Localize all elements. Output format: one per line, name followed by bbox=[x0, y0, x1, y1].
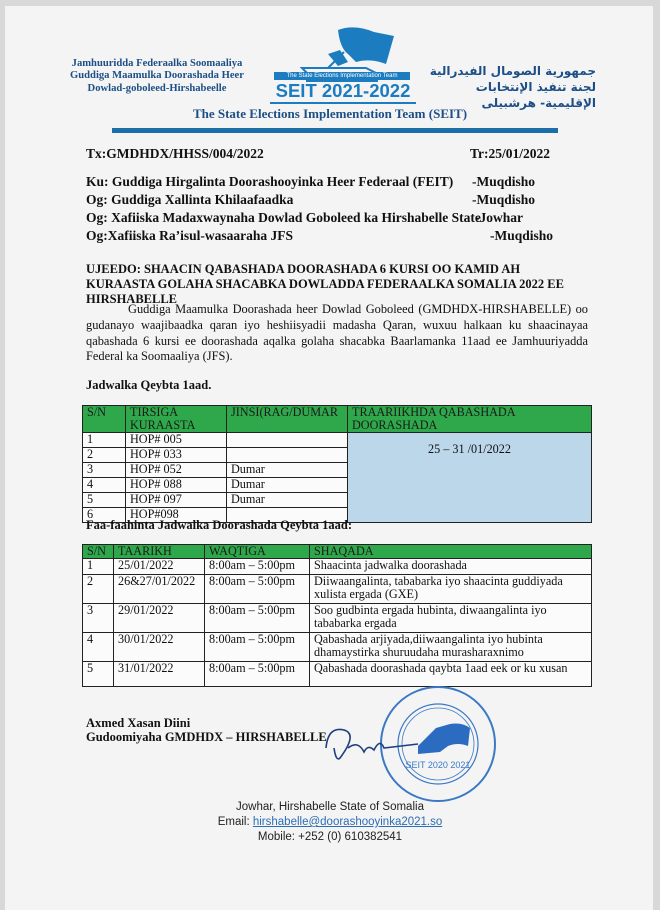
seats-table: S/N TIRSIGA KURAASTA JINSI(RAG/DUMAR TRA… bbox=[82, 405, 592, 523]
footer-email-link[interactable]: hirshabelle@doorashooyinka2021.so bbox=[253, 816, 442, 828]
cell-gender bbox=[227, 448, 348, 463]
reference-number: Tx:GMDHDX/HHSS/004/2022 bbox=[86, 146, 264, 162]
letterhead-line: جمهورية الصومال الفيدرالية bbox=[418, 63, 596, 79]
cell-date: 25/01/2022 bbox=[114, 559, 205, 575]
column-header: WAQTIGA bbox=[205, 545, 310, 559]
table-row: 5 31/01/2022 8:00am – 5:00pm Qabashada d… bbox=[83, 662, 592, 687]
body-paragraph: Guddiga Maamulka Doorashada heer Dowlad … bbox=[86, 302, 588, 365]
cell-time: 8:00am – 5:00pm bbox=[205, 633, 310, 662]
cell-task: Shaacinta jadwalka doorashada bbox=[310, 559, 592, 575]
schedule-table: S/N TAARIKH WAQTIGA SHAQADA 1 25/01/2022… bbox=[82, 544, 592, 687]
table-row: 4 30/01/2022 8:00am – 5:00pm Qabashada a… bbox=[83, 633, 592, 662]
addressee-city: -Muqdisho bbox=[472, 192, 535, 208]
cell-sn: 2 bbox=[83, 575, 114, 604]
addressee: Og: Guddiga Xallinta Khilaafaadka bbox=[86, 192, 293, 208]
cell-sn: 3 bbox=[83, 604, 114, 633]
addressee-city: -Jowhar bbox=[475, 210, 523, 226]
column-header: JINSI(RAG/DUMAR bbox=[227, 406, 348, 433]
addressee-city: -Muqdisho bbox=[490, 228, 553, 244]
addressee: Ku: Guddiga Hirgalinta Doorashooyinka He… bbox=[86, 174, 453, 190]
cell-gender: Dumar bbox=[227, 478, 348, 493]
addressee: Og:Xafiiska Ra’isul-wasaaraha JFS bbox=[86, 228, 293, 244]
cell-sn: 1 bbox=[83, 433, 126, 448]
letterhead-line: Dowlad-goboleed-Hirshabeelle bbox=[66, 83, 248, 95]
table-row: 1 HOP# 005 25 – 31 /01/2022 bbox=[83, 433, 592, 448]
cell-gender bbox=[227, 433, 348, 448]
cell-task: Soo gudbinta ergada hubinta, diwaangalin… bbox=[310, 604, 592, 633]
cell-time: 8:00am – 5:00pm bbox=[205, 559, 310, 575]
footer-location: Jowhar, Hirshabelle State of Somalia bbox=[0, 800, 660, 815]
signatory-title: Gudoomiyaha GMDHDX – HIRSHABELLE bbox=[86, 730, 327, 744]
footer-mobile: Mobile: +252 (0) 610382541 bbox=[0, 830, 660, 845]
table-row: 3 29/01/2022 8:00am – 5:00pm Soo gudbint… bbox=[83, 604, 592, 633]
column-header: S/N bbox=[83, 545, 114, 559]
subject-line: UJEEDO: SHAACIN QABASHADA DOORASHADA 6 K… bbox=[86, 262, 588, 307]
cell-sn: 1 bbox=[83, 559, 114, 575]
table1-title: Jadwalka Qeybta 1aad. bbox=[86, 378, 211, 393]
signatory-block: Axmed Xasan Diini Gudoomiyaha GMDHDX – H… bbox=[86, 716, 327, 744]
signatory-name: Axmed Xasan Diini bbox=[86, 716, 327, 730]
table-row: 2 26&27/01/2022 8:00am – 5:00pm Diiwaang… bbox=[83, 575, 592, 604]
cell-seat: HOP# 005 bbox=[126, 433, 227, 448]
addressee: Og: Xafiiska Madaxwaynaha Dowlad Gobolee… bbox=[86, 210, 481, 226]
cell-sn: 4 bbox=[83, 633, 114, 662]
column-header: TRAARIIKHDA QABASHADA DOORASHADA bbox=[348, 406, 592, 433]
cell-date: 30/01/2022 bbox=[114, 633, 205, 662]
letterhead-arabic: جمهورية الصومال الفيدرالية لجنة تنفيذ ال… bbox=[418, 63, 596, 111]
cell-task: Qabashada arjiyada,diiwaangalinta iyo hu… bbox=[310, 633, 592, 662]
cell-gender: Dumar bbox=[227, 463, 348, 478]
cell-seat: HOP# 097 bbox=[126, 493, 227, 508]
letterhead-line: Guddiga Maamulka Doorashada Heer bbox=[66, 70, 248, 82]
cell-seat: HOP# 033 bbox=[126, 448, 227, 463]
logo-tagline: The State Elections Implementation Team bbox=[274, 72, 410, 80]
signature-icon bbox=[318, 718, 428, 768]
cell-time: 8:00am – 5:00pm bbox=[205, 575, 310, 604]
addressee-city: -Muqdisho bbox=[472, 174, 535, 190]
letterhead-line: Jamhuuridda Federaalka Soomaaliya bbox=[66, 58, 248, 70]
column-header: SHAQADA bbox=[310, 545, 592, 559]
cell-seat: HOP# 052 bbox=[126, 463, 227, 478]
column-header: S/N bbox=[83, 406, 126, 433]
cell-sn: 5 bbox=[83, 493, 126, 508]
header-divider bbox=[112, 128, 558, 133]
cell-time: 8:00am – 5:00pm bbox=[205, 604, 310, 633]
footer-email-label: Email: bbox=[218, 816, 253, 828]
cell-seat: HOP# 088 bbox=[126, 478, 227, 493]
letterhead-subtitle: The State Elections Implementation Team … bbox=[0, 106, 660, 122]
cell-sn: 4 bbox=[83, 478, 126, 493]
column-header: TAARIKH bbox=[114, 545, 205, 559]
table2-title: Faa-faahinta Jadwalka Doorashada Qeybta … bbox=[86, 518, 352, 533]
cell-sn: 5 bbox=[83, 662, 114, 687]
cell-sn: 2 bbox=[83, 448, 126, 463]
footer-email-line: Email: hirshabelle@doorashooyinka2021.so bbox=[0, 815, 660, 830]
letter-date: Tr:25/01/2022 bbox=[470, 146, 550, 162]
cell-sn: 3 bbox=[83, 463, 126, 478]
logo-title: SEIT 2021-2022 bbox=[270, 80, 416, 104]
cell-date: 31/01/2022 bbox=[114, 662, 205, 687]
column-header: TIRSIGA KURAASTA bbox=[126, 406, 227, 433]
cell-date: 26&27/01/2022 bbox=[114, 575, 205, 604]
table-row: 1 25/01/2022 8:00am – 5:00pm Shaacinta j… bbox=[83, 559, 592, 575]
letterhead-somali: Jamhuuridda Federaalka Soomaaliya Guddig… bbox=[66, 58, 248, 95]
cell-date: 29/01/2022 bbox=[114, 604, 205, 633]
cell-time: 8:00am – 5:00pm bbox=[205, 662, 310, 687]
cell-task: Qabashada doorashada qaybta 1aad eek or … bbox=[310, 662, 592, 687]
cell-election-date: 25 – 31 /01/2022 bbox=[348, 433, 592, 523]
cell-task: Diiwaangalinta, tababarka iyo shaacinta … bbox=[310, 575, 592, 604]
cell-gender: Dumar bbox=[227, 493, 348, 508]
